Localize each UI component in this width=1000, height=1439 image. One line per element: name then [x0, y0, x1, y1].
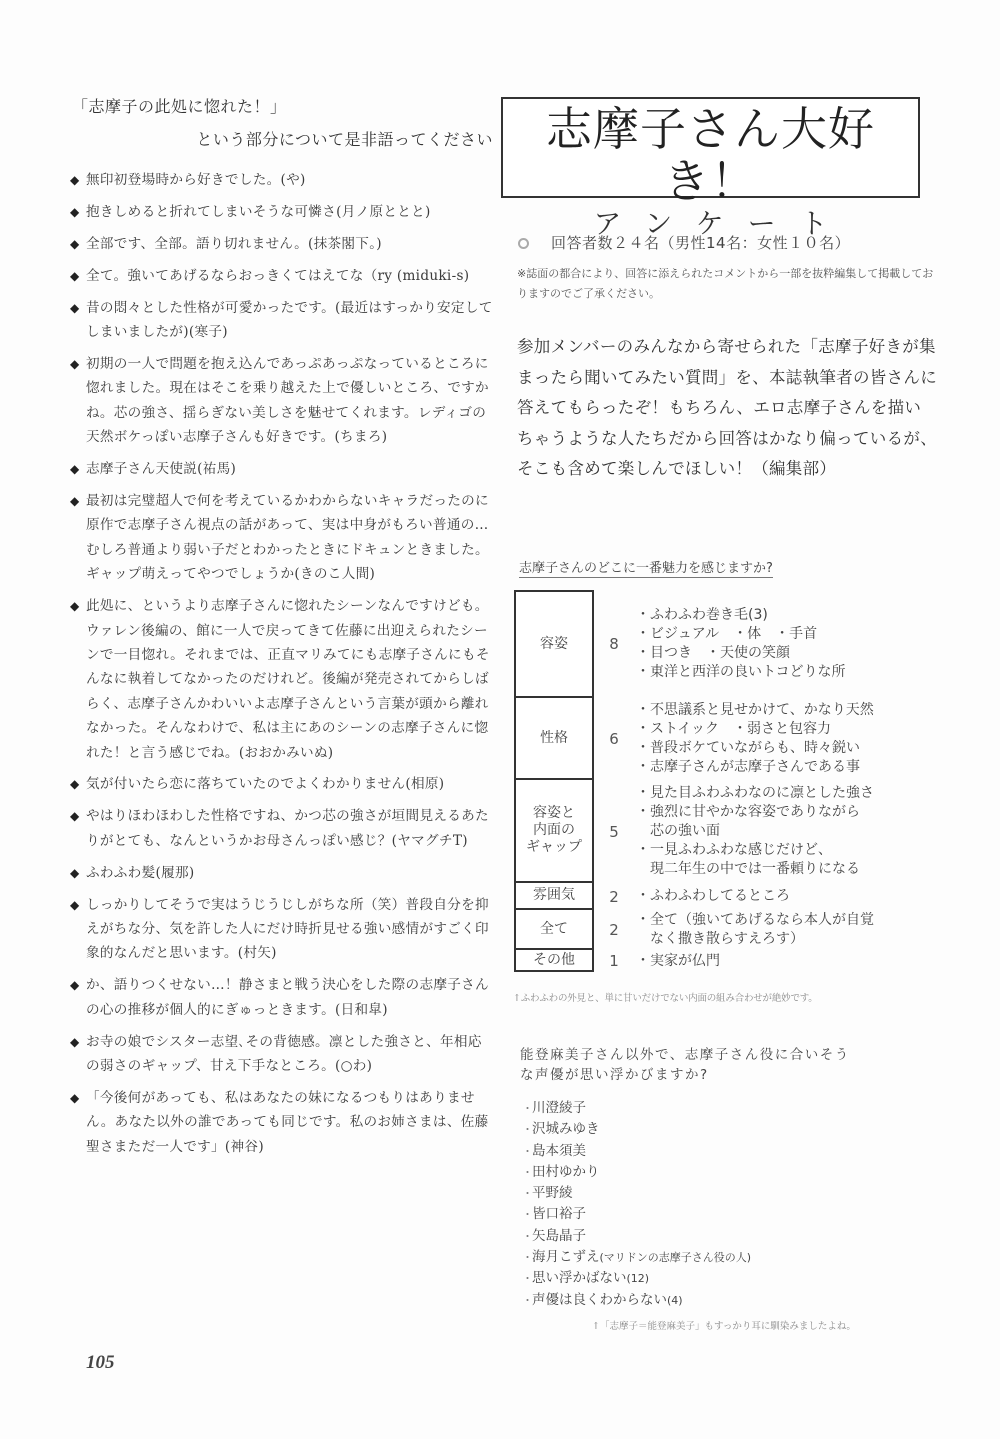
comment-line: ・全て（強いてあげるなら本人が自覚: [636, 911, 944, 930]
document-page: 「志摩子の此処に惚れた！」 という部分について是非語ってください ◆無印初登場時…: [0, 0, 1000, 1439]
answer-item: ◆ふわふわ髪(履那): [68, 861, 493, 885]
bullet-dot-icon: ・: [522, 1205, 532, 1225]
editorial-note: ※誌面の都合により、回答に添えられたコメントから一部を抜粋編集して掲載しておりま…: [517, 264, 937, 304]
category-cell: 雰囲気: [514, 883, 594, 910]
answer-item: ◆志摩子さん天使説(祐馬): [68, 457, 493, 481]
answer-item: ◆初期の一人で問題を抱え込んであっぷあっぷなっているところに惚れました。現在はそ…: [68, 352, 493, 450]
answer-text: 昔の悶々とした性格が可愛かったです。(最近はすっかり安定してしまいましたが)(寒…: [86, 300, 493, 340]
answer-item: ◆気が付いたら恋に落ちていたのでよくわかりません(相原): [68, 772, 493, 796]
diamond-bullet-icon: ◆: [70, 804, 80, 828]
bullet-dot-icon: ・: [522, 1269, 532, 1289]
circle-icon: [518, 238, 529, 249]
voice-actor-name: 矢島晶子: [532, 1228, 586, 1244]
table-row: 性格6・不思議系と見せかけて、かなり天然・ストイック ・弱さと包容力・普段ボケて…: [514, 698, 944, 780]
voice-actor-item: ・皆口裕子: [522, 1204, 751, 1225]
answer-text: しっかりしてそうで実はうじうじしがちな所（笑）普段自分を抑えがちな分、気を許した…: [86, 897, 489, 962]
comment-line: ・実家が仏門: [636, 952, 944, 971]
answer-text: ふわふわ髪(履那): [86, 865, 194, 881]
answer-item: ◆全て。強いてあげるならおっきくてはえてな（ry (miduki-s): [68, 264, 493, 288]
answer-item: ◆全部です、全部。語り切れません。(抹茶閣下。): [68, 232, 493, 256]
diamond-bullet-icon: ◆: [70, 772, 80, 796]
diamond-bullet-icon: ◆: [70, 973, 80, 997]
answer-text: 気が付いたら恋に落ちていたのでよくわかりません(相原): [86, 776, 444, 792]
bullet-dot-icon: ・: [522, 1142, 532, 1162]
comment-line: ・ストイック ・弱さと包容力: [636, 720, 944, 739]
bullet-dot-icon: ・: [522, 1184, 532, 1204]
diamond-bullet-icon: ◆: [70, 594, 80, 618]
comment-line: ・東洋と西洋の良いトコどりな所: [636, 663, 944, 682]
comment-line: ・強烈に甘やかな容姿でありながら: [636, 803, 944, 822]
count-cell: 2: [594, 921, 634, 939]
answer-text: 抱きしめると折れてしまいそうな可憐さ(月ノ原ととと): [86, 204, 431, 220]
answer-item: ◆無印初登場時から好きでした。(や): [68, 168, 493, 192]
table-row: 雰囲気2・ふわふわしてるところ: [514, 883, 944, 910]
left-column: 「志摩子の此処に惚れた！」 という部分について是非語ってください ◆無印初登場時…: [68, 94, 493, 1167]
count-cell: 1: [594, 952, 634, 970]
bullet-dot-icon: ・: [522, 1291, 532, 1311]
voice-actor-item: ・海月こずえ(マリドンの志摩子さん役の人): [522, 1247, 751, 1268]
answer-text: 無印初登場時から好きでした。(や): [86, 172, 306, 188]
answer-item: ◆やはりほわほわした性格ですね、かつ芯の強さが垣間見えるあたりがとても、なんとい…: [68, 804, 493, 853]
category-cell: 容姿: [514, 590, 594, 698]
diamond-bullet-icon: ◆: [70, 893, 80, 917]
count-cell: 6: [594, 730, 634, 748]
diamond-bullet-icon: ◆: [70, 264, 80, 288]
comment-line: ・普段ボケていながらも、時々鋭い: [636, 739, 944, 758]
table-footnote: ↑ふわふわの外見と、単に甘いだけでない内面の組み合わせが絶妙です。: [513, 990, 818, 1004]
comments-cell: ・見た目ふわふわなのに凛とした強さ・強烈に甘やかな容姿でありながら 芯の強い面・…: [634, 784, 944, 879]
answer-item: ◆お寺の娘でシスター志望､その背徳感。凛とした強さと、年相応の弱さのギャップ、甘…: [68, 1030, 493, 1079]
diamond-bullet-icon: ◆: [70, 168, 80, 192]
voice-actor-note: (12): [627, 1272, 650, 1285]
answer-item: ◆抱きしめると折れてしまいそうな可憐さ(月ノ原ととと): [68, 200, 493, 224]
bullet-dot-icon: ・: [522, 1099, 532, 1119]
category-cell: 容姿と 内面の ギャップ: [514, 780, 594, 883]
voice-actor-item: ・島本須美: [522, 1141, 751, 1162]
bullet-dot-icon: ・: [522, 1227, 532, 1247]
count-cell: 5: [594, 823, 634, 841]
question-title-line1: 「志摩子の此処に惚れた！」: [72, 94, 493, 117]
voice-actor-item: ・平野綾: [522, 1183, 751, 1204]
comment-line: ・志摩子さんが志摩子さんである事: [636, 758, 944, 777]
comments-cell: ・不思議系と見せかけて、かなり天然・ストイック ・弱さと包容力・普段ボケていなが…: [634, 701, 944, 777]
category-cell: その他: [514, 950, 594, 972]
count-cell: 2: [594, 888, 634, 906]
comment-line: ・ビジュアル ・体 ・手首: [636, 625, 944, 644]
diamond-bullet-icon: ◆: [70, 457, 80, 481]
answer-item: ◆昔の悶々とした性格が可愛かったです。(最近はすっかり安定してしまいましたが)(…: [68, 296, 493, 345]
question2-title: 能登麻美子さん以外で、志摩子さん役に合いそうな声優が思い浮かびますか?: [520, 1045, 850, 1085]
survey-title: 志摩子さん大好き！: [503, 103, 918, 207]
respondent-count: 回答者数２４名（男性14名：女性１０名）: [518, 232, 850, 253]
comment-line: ・ふわふわしてるところ: [636, 887, 944, 906]
voice-actor-name: 平野綾: [532, 1185, 573, 1201]
comment-line: ・ふわふわ巻き毛(3): [636, 606, 944, 625]
diamond-bullet-icon: ◆: [70, 200, 80, 224]
comment-line: ・見た目ふわふわなのに凛とした強さ: [636, 784, 944, 803]
answer-text: 全部です、全部。語り切れません。(抹茶閣下。): [86, 236, 382, 252]
comments-cell: ・ふわふわしてるところ: [634, 887, 944, 906]
voice-actor-name: 田村ゆかり: [532, 1164, 600, 1180]
voice-actor-note: (4): [667, 1294, 683, 1307]
diamond-bullet-icon: ◆: [70, 232, 80, 256]
voice-actor-note: (マリドンの志摩子さん役の人): [600, 1251, 752, 1264]
count-cell: 8: [594, 635, 634, 653]
comment-line: なく撒き散らすえろす）: [636, 930, 944, 949]
diamond-bullet-icon: ◆: [70, 296, 80, 320]
question-title-line2: という部分について是非語ってください: [68, 127, 493, 150]
comment-line: 芯の強い面: [636, 822, 944, 841]
respondent-count-text: 回答者数２４名（男性14名：女性１０名）: [551, 234, 850, 252]
answer-text: 「今後何があっても、私はあなたの妹になるつもりはありません。あなた以外の誰であっ…: [86, 1090, 489, 1155]
answer-item: ◆最初は完璧超人で何を考えているかわからないキャラだったのに原作で志摩子さん視点…: [68, 489, 493, 587]
answer-item: ◆しっかりしてそうで実はうじうじしがちな所（笑）普段自分を抑えがちな分、気を許し…: [68, 893, 493, 966]
answer-text: 志摩子さん天使説(祐馬): [86, 461, 236, 477]
answer-list: ◆無印初登場時から好きでした。(や)◆抱きしめると折れてしまいそうな可憐さ(月ノ…: [68, 168, 493, 1159]
voice-actor-name: 川澄綾子: [532, 1100, 586, 1116]
diamond-bullet-icon: ◆: [70, 489, 80, 513]
table-row: 容姿8・ふわふわ巻き毛(3)・ビジュアル ・体 ・手首・目つき ・天使の笑顔・東…: [514, 590, 944, 698]
answer-item: ◆か、語りつくせない…！静さまと戦う決心をした際の志摩子さんの心の推移が個人的に…: [68, 973, 493, 1022]
table-row: 容姿と 内面の ギャップ5・見た目ふわふわなのに凛とした強さ・強烈に甘やかな容姿…: [514, 780, 944, 883]
voice-actor-name: 皆口裕子: [532, 1206, 586, 1222]
intro-paragraph: 参加メンバーのみんなから寄せられた「志摩子好きが集まったら聞いてみたい質問」を、…: [517, 332, 937, 485]
voice-actor-name: 声優は良くわからない: [532, 1292, 667, 1308]
voice-actor-name: 思い浮かばない: [532, 1270, 627, 1286]
table-row: その他1・実家が仏門: [514, 950, 944, 972]
category-cell: 性格: [514, 698, 594, 780]
voice-actor-item: ・矢島晶子: [522, 1226, 751, 1247]
voice-actor-footnote: ↑「志摩子＝能登麻美子」もすっかり耳に馴染みましたよね。: [592, 1318, 856, 1332]
comment-line: ・一見ふわふわな感じだけど、: [636, 841, 944, 860]
comment-line: 現二年生の中では一番頼りになる: [636, 860, 944, 879]
category-cell: 全て: [514, 910, 594, 950]
bullet-dot-icon: ・: [522, 1120, 532, 1140]
answer-item: ◆「今後何があっても、私はあなたの妹になるつもりはありません。あなた以外の誰であ…: [68, 1086, 493, 1159]
diamond-bullet-icon: ◆: [70, 1086, 80, 1110]
comment-line: ・目つき ・天使の笑顔: [636, 644, 944, 663]
answer-text: 此処に、というより志摩子さんに惚れたシーンなんですけども。ウァレン後編の、館に一…: [86, 598, 490, 760]
answer-item: ◆此処に、というより志摩子さんに惚れたシーンなんですけども。ウァレン後編の、館に…: [68, 594, 493, 765]
voice-actor-list: ・川澄綾子・沢城みゆき・島本須美・田村ゆかり・平野綾・皆口裕子・矢島晶子・海月こ…: [522, 1098, 751, 1311]
diamond-bullet-icon: ◆: [70, 352, 80, 376]
voice-actor-name: 沢城みゆき: [532, 1121, 600, 1137]
survey-results-table: 容姿8・ふわふわ巻き毛(3)・ビジュアル ・体 ・手首・目つき ・天使の笑顔・東…: [514, 590, 944, 972]
comments-cell: ・実家が仏門: [634, 952, 944, 971]
answer-text: 最初は完璧超人で何を考えているかわからないキャラだったのに原作で志摩子さん視点の…: [86, 493, 489, 582]
voice-actor-item: ・声優は良くわからない(4): [522, 1290, 751, 1311]
page-number: 105: [86, 1352, 115, 1374]
comment-line: ・不思議系と見せかけて、かなり天然: [636, 701, 944, 720]
voice-actor-name: 海月こずえ: [532, 1249, 600, 1265]
bullet-dot-icon: ・: [522, 1163, 532, 1183]
comments-cell: ・ふわふわ巻き毛(3)・ビジュアル ・体 ・手首・目つき ・天使の笑顔・東洋と西…: [634, 606, 944, 682]
voice-actor-item: ・田村ゆかり: [522, 1162, 751, 1183]
answer-text: やはりほわほわした性格ですね、かつ芯の強さが垣間見えるあたりがとても、なんという…: [86, 808, 489, 848]
question1-title: 志摩子さんのどこに一番魅力を感じますか?: [519, 557, 773, 578]
diamond-bullet-icon: ◆: [70, 1030, 80, 1054]
answer-text: 全て。強いてあげるならおっきくてはえてな（ry (miduki-s): [86, 268, 469, 284]
answer-text: 初期の一人で問題を抱え込んであっぷあっぷなっているところに惚れました。現在はそこ…: [86, 356, 489, 445]
answer-text: お寺の娘でシスター志望､その背徳感。凛とした強さと、年相応の弱さのギャップ、甘え…: [86, 1034, 482, 1074]
answer-text: か、語りつくせない…！静さまと戦う決心をした際の志摩子さんの心の推移が個人的にぎ…: [86, 977, 489, 1017]
survey-title-box: 志摩子さん大好き！ アンケート: [501, 97, 920, 198]
voice-actor-name: 島本須美: [532, 1143, 586, 1159]
bullet-dot-icon: ・: [522, 1248, 532, 1268]
voice-actor-item: ・思い浮かばない(12): [522, 1268, 751, 1289]
diamond-bullet-icon: ◆: [70, 861, 80, 885]
voice-actor-item: ・川澄綾子: [522, 1098, 751, 1119]
table-row: 全て2・全て（強いてあげるなら本人が自覚 なく撒き散らすえろす）: [514, 910, 944, 950]
comments-cell: ・全て（強いてあげるなら本人が自覚 なく撒き散らすえろす）: [634, 911, 944, 949]
voice-actor-item: ・沢城みゆき: [522, 1119, 751, 1140]
